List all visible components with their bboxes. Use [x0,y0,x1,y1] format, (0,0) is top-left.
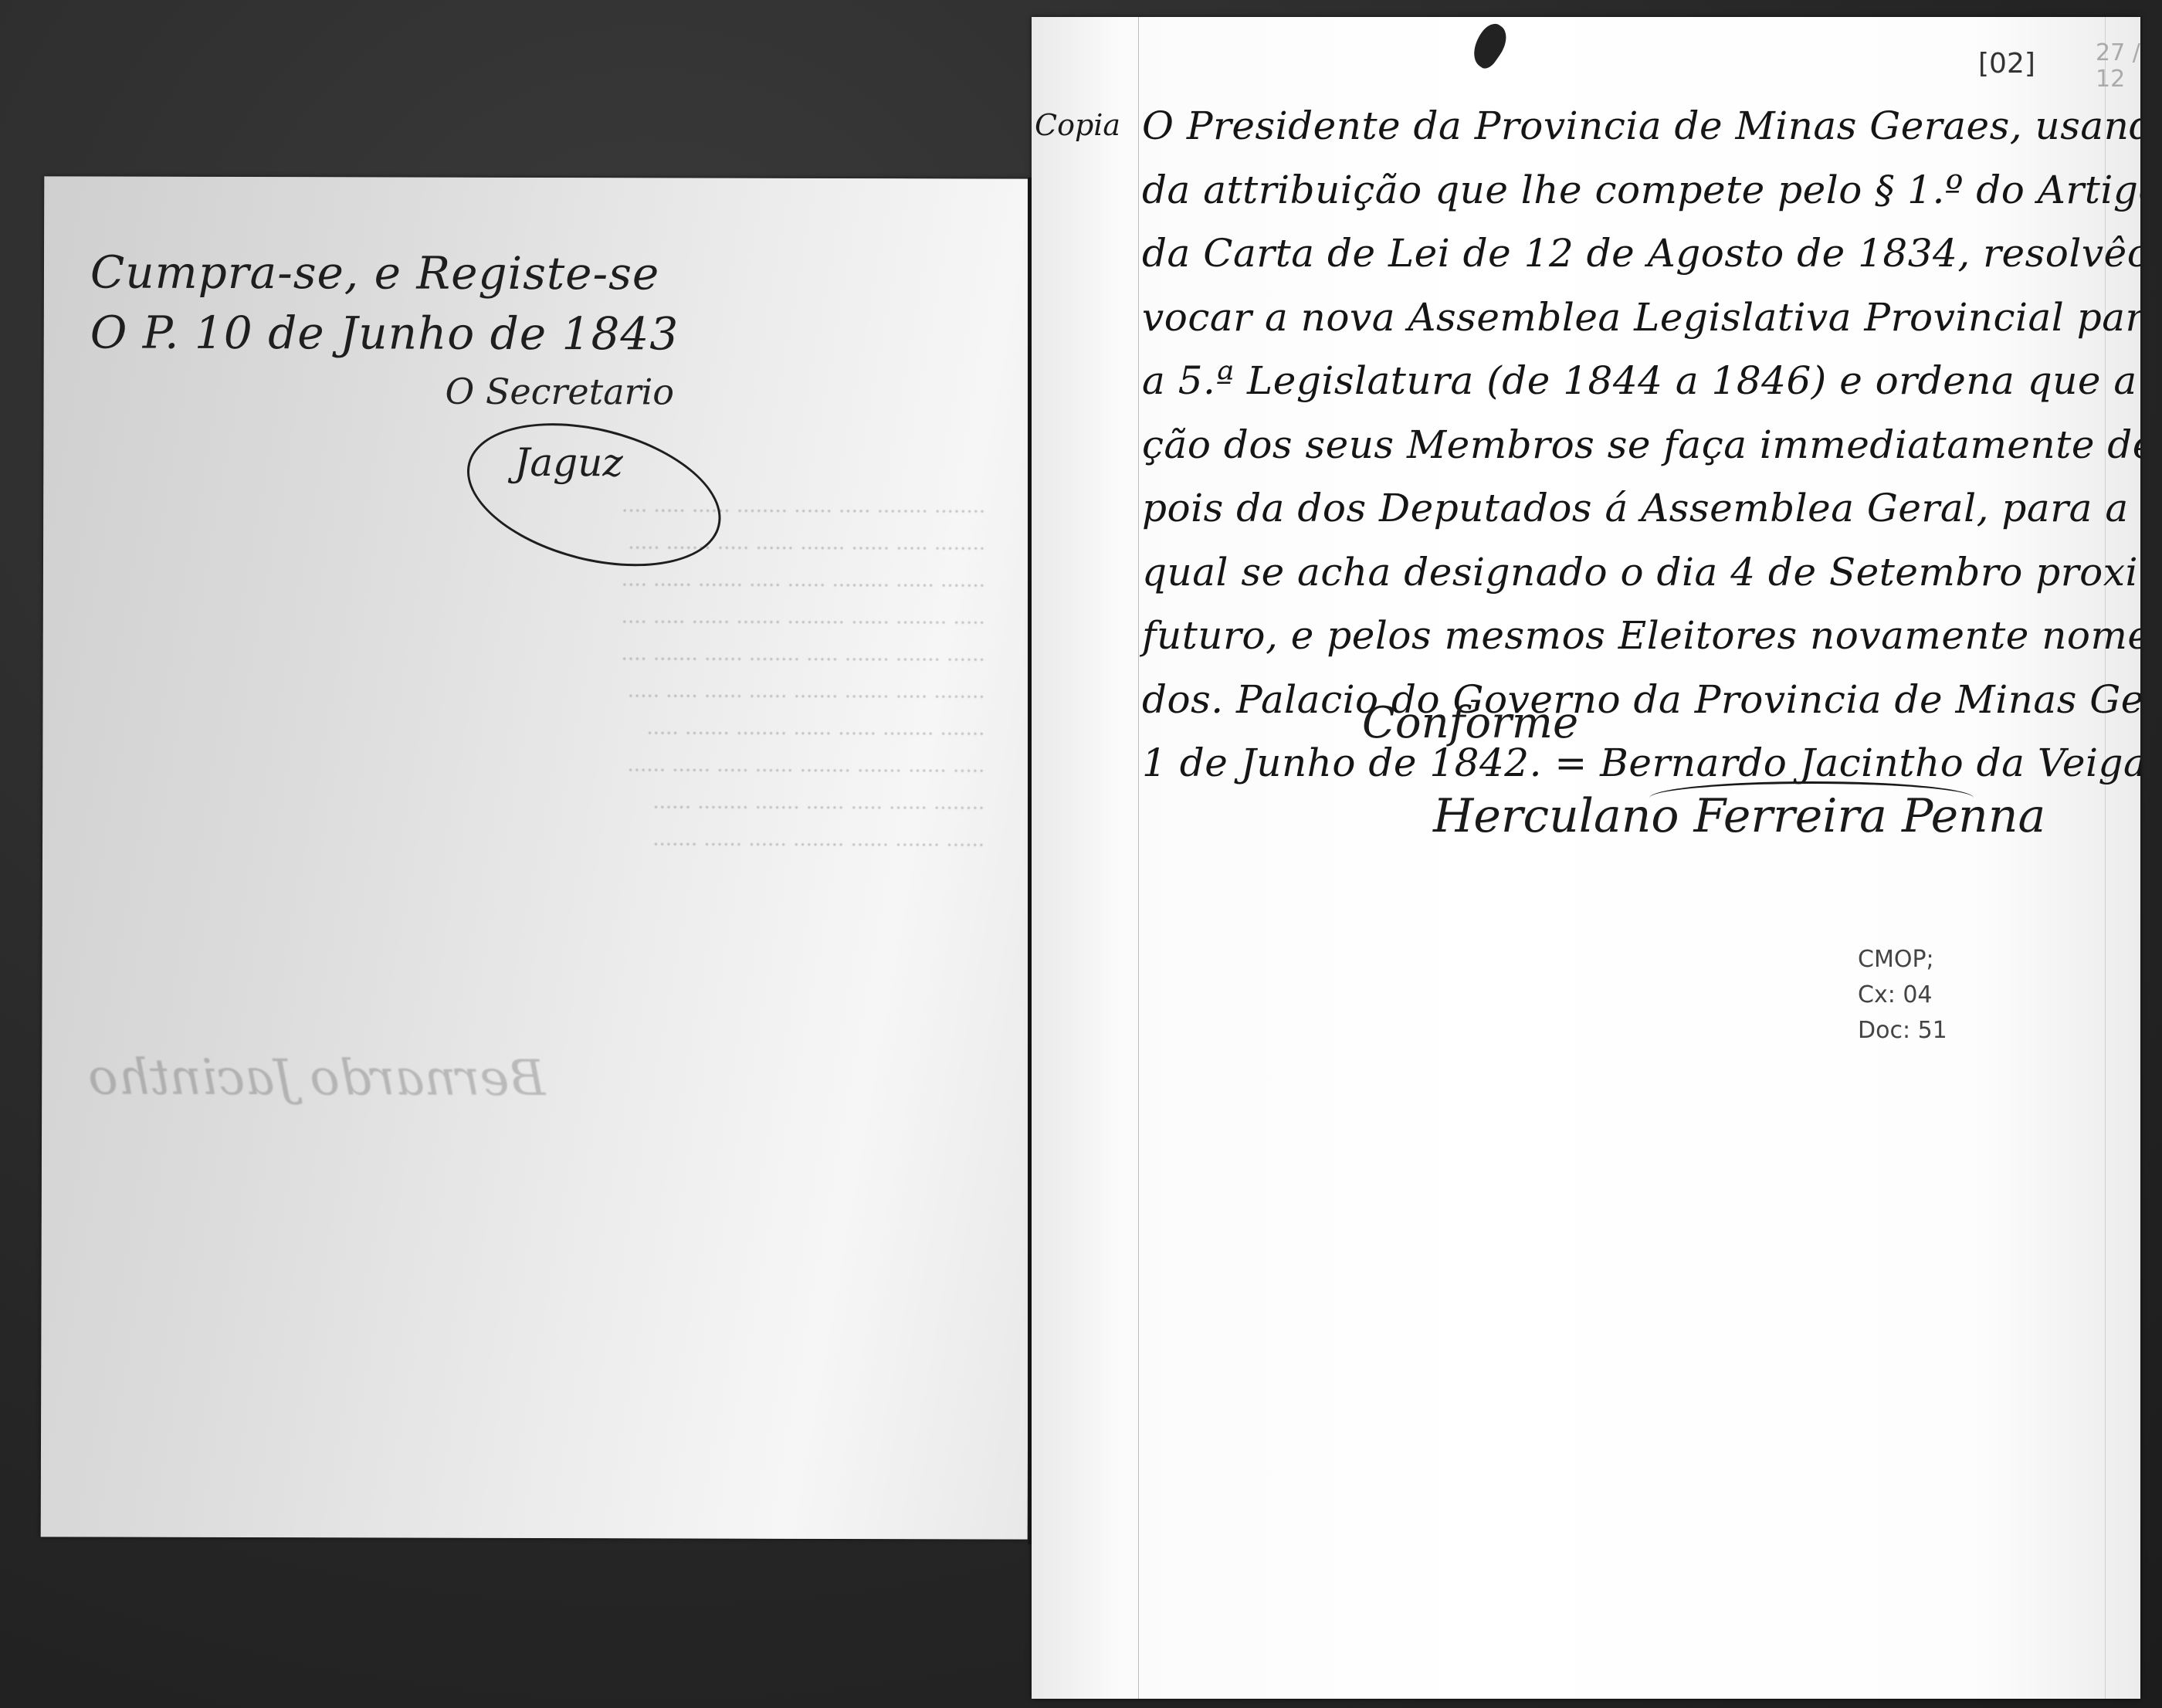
bleed-through-signature: Bernardo Jacintho [88,1049,545,1107]
decree-line: ção dos seus Membros se faça immediatame… [1142,413,2107,477]
margin-label-copia: Copia [1035,108,1120,142]
bleed-line: ..... ...... ....... ........ ...... ...… [97,745,984,785]
folio-number: [02] [1978,48,2035,80]
conforme-label: Conforme [1362,698,1578,748]
bleed-line: ....... ...... ......... ...... ..... ..… [97,560,985,599]
archive-reference: CMOP; Cx: 04 Doc: 51 [1858,942,1947,1049]
archive-doc: Doc: 51 [1858,1013,1947,1049]
decree-line: da Carta de Lei de 12 de Agosto de 1834,… [1142,222,2107,286]
old-folio-number: 27 / 12 [2096,40,2140,93]
decree-line: dos. Palacio do Governo da Provincia de … [1142,668,2107,732]
endorsement-note: Cumpra-se, e Registe-se O P. 10 de Junho… [90,242,679,364]
decree-line: futuro, e pelos mesmos Eleitores novamen… [1142,604,2107,668]
seal-signature: Jaguz [514,440,623,485]
endorsement-line: O P. 10 de Junho de 1843 [90,302,679,364]
left-page: ........ ........ ..... ...... ........ … [41,176,1032,1539]
bleed-line: ...... ....... ...... ........ ...... ..… [97,819,984,859]
decree-body: O Presidente da Provincia de Minas Gerae… [1142,94,2107,795]
bleed-line: ....... ........ ...... ...... ........ … [97,708,984,747]
bleed-line: ........ ..... ....... ....... ...... ..… [97,671,985,710]
decree-line: a 5.ª Legislatura (de 1844 a 1846) e ord… [1142,349,2107,413]
decree-line: O Presidente da Provincia de Minas Gerae… [1142,94,2107,158]
right-page: [02] 27 / 12 Copia O Presidente da Provi… [1032,17,2140,1699]
bleed-line: ........ ...... ..... ...... ....... ...… [97,782,984,822]
archive-collection: CMOP; [1858,942,1947,978]
archive-box: Cx: 04 [1858,978,1947,1013]
decree-line: vocar a nova Assemblea Legislativa Provi… [1142,286,2107,350]
endorsement-line: Cumpra-se, e Registe-se [90,242,679,303]
decree-line: 1 de Junho de 1842. = Bernardo Jacintho … [1142,731,2107,795]
secretary-label: O Secretario [446,371,674,413]
bleed-line: ..... ........ ...... ......... ....... … [97,597,985,636]
ink-blot [1466,19,1514,72]
decree-line: da attribuição que lhe compete pelo § 1.… [1142,158,2107,222]
decree-line: pois da dos Deputados á Assemblea Geral,… [1142,476,2107,541]
signature: Herculano Ferreira Penna [1433,789,2045,843]
bleed-line: ...... ....... ....... ..... ........ ..… [97,634,985,673]
decree-line: qual se acha designado o dia 4 de Setemb… [1142,541,2107,605]
margin-rule [1138,17,1139,1699]
